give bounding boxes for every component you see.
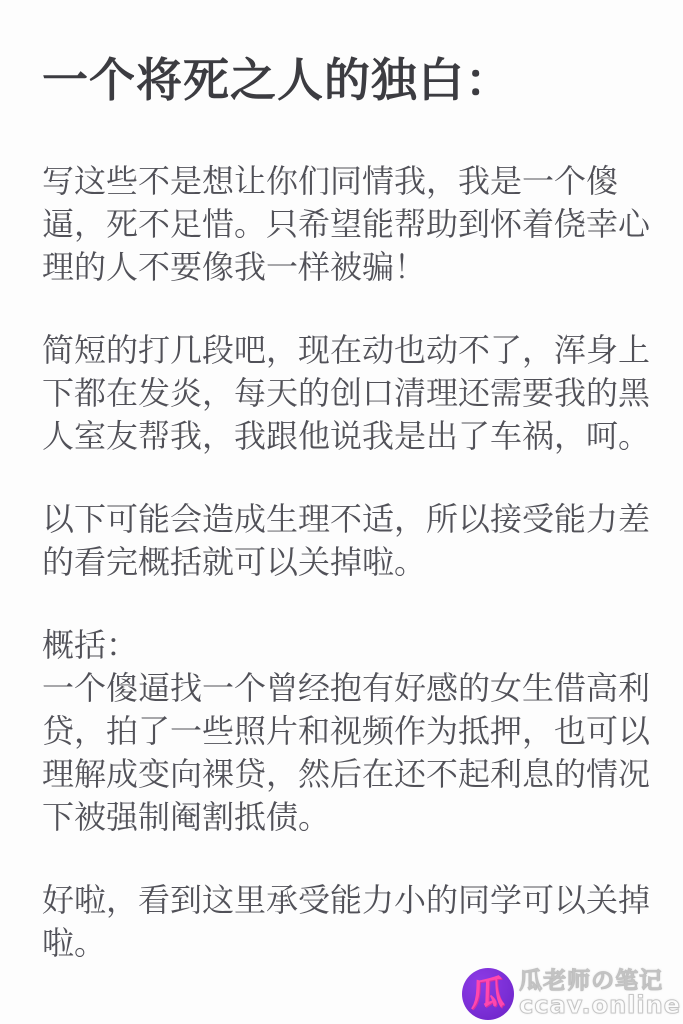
melon-logo-icon: 瓜 — [462, 968, 514, 1020]
watermark: 瓜 瓜老师の笔记 ccav.online — [462, 968, 681, 1020]
paragraph-intro: 写这些不是想让你们同情我，我是一个傻 逼，死不足惜。只希望能帮助到怀着侥幸心 理… — [42, 160, 653, 289]
paragraph-warning: 以下可能会造成生理不适，所以接受能力差 的看完概括就可以关掉啦。 — [42, 498, 653, 584]
watermark-text: 瓜老师の笔记 ccav.online — [519, 969, 681, 1018]
paragraph-summary: 概括： 一个傻逼找一个曾经抱有好感的女生借高利 贷，拍了一些照片和视频作为抵押，… — [42, 624, 653, 839]
paragraph-closing: 好啦，看到这里承受能力小的同学可以关掉 啦。 — [42, 879, 653, 965]
watermark-url: ccav.online — [519, 993, 681, 1018]
page-title: 一个将死之人的独白： — [42, 52, 653, 108]
paragraph-condition: 简短的打几段吧，现在动也动不了，浑身上 下都在发炎，每天的创口清理还需要我的黑 … — [42, 329, 653, 458]
watermark-title: 瓜老师の笔记 — [519, 969, 681, 993]
melon-glyph: 瓜 — [470, 976, 505, 1012]
article-page: 一个将死之人的独白： 写这些不是想让你们同情我，我是一个傻 逼，死不足惜。只希望… — [0, 0, 683, 1024]
